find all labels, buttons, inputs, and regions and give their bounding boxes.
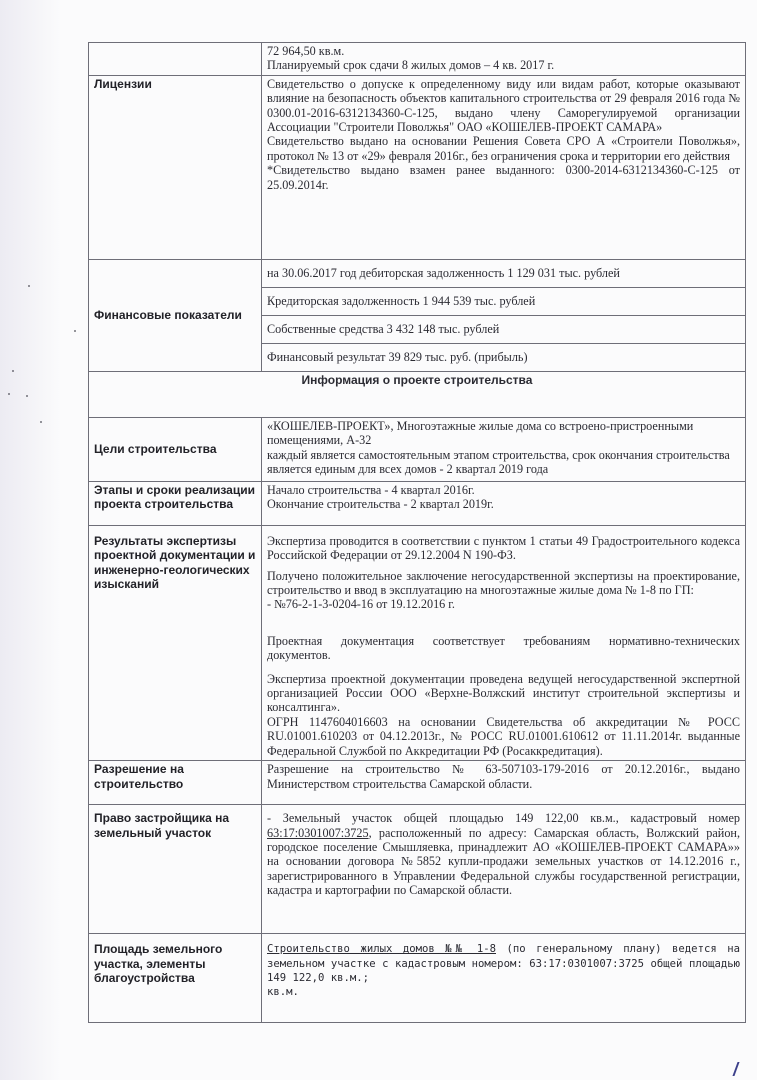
license-paragraph: *Свидетельство выдано взамен ранее выдан… [267,163,740,192]
row-label: Право застройщика на земельный участок [89,805,262,934]
expertise-paragraph: Экспертиза проводится в соответствии с п… [267,534,740,563]
expertise-paragraph: Получено положительное заключение негосу… [267,569,740,598]
completion-date: Планируемый срок сдачи 8 жилых домов – 4… [267,58,740,72]
row-label: Цели строительства [89,417,262,481]
row-financials: Финансовые показатели на 30.06.2017 год … [89,259,746,287]
row-value: Разрешение на строительство № 63-507103-… [262,761,746,805]
scan-edge-shadow [0,0,60,1080]
area-value: 72 964,50 кв.м. [267,44,740,58]
scan-speck [28,285,30,287]
row-expertise: Результаты экспертизы проектной документ… [89,525,746,760]
scan-speck [40,421,42,423]
row-label: Результаты экспертизы проектной документ… [89,525,262,760]
financial-item: Кредиторская задолженность 1 944 539 тыс… [262,287,746,315]
goal-line: каждый является самостоятельным этапом с… [267,448,740,477]
cadastral-number: 63:17:0301007:3725 [267,826,369,840]
stage-start: Начало строительства - 4 квартал 2016г. [267,483,740,497]
license-paragraph: Свидетельство о допуске к определенному … [267,77,740,135]
land-area-tail: кв.м. [267,985,740,999]
row-value: «КОШЕЛЕВ-ПРОЕКТ», Многоэтажные жилые дом… [262,417,746,481]
row-stages: Этапы и сроки реализации проекта строите… [89,481,746,525]
row-value: 72 964,50 кв.м. Планируемый срок сдачи 8… [262,43,746,76]
row-label [89,43,262,76]
expertise-conclusion-number: - №76-2-1-3-0204-16 от 19.12.2016 г. [267,597,740,611]
row-value: Экспертиза проводится в соответствии с п… [262,525,746,760]
license-paragraph: Свидетельство выдано на основании Решени… [267,134,740,163]
stage-end: Окончание строительства - 2 квартал 2019… [267,497,740,511]
land-area-text: Строительство жилых домов №№ 1-8 (по ген… [267,942,740,985]
scan-speck [12,370,14,372]
scan-speck [74,330,76,332]
row-value: Свидетельство о допуске к определенному … [262,75,746,259]
row-label: Финансовые показатели [89,259,262,371]
section-title: Информация о проекте строительства [89,371,746,417]
goal-line: «КОШЕЛЕВ-ПРОЕКТ», Многоэтажные жилые дом… [267,419,740,448]
scan-speck [26,395,28,397]
row-label: Разрешение на строительство [89,761,262,805]
financial-item: Финансовый результат 39 829 тыс. руб. (п… [262,343,746,371]
row-area-top: 72 964,50 кв.м. Планируемый срок сдачи 8… [89,43,746,76]
row-label: Лицензии [89,75,262,259]
financial-item: Собственные средства 3 432 148 тыс. рубл… [262,315,746,343]
row-label: Этапы и сроки реализации проекта строите… [89,481,262,525]
expertise-paragraph: Экспертиза проектной документации провед… [267,672,740,715]
row-goals: Цели строительства «КОШЕЛЕВ-ПРОЕКТ», Мно… [89,417,746,481]
expertise-paragraph: ОГРН 1147604016603 на основании Свидетел… [267,715,740,758]
financial-item: на 30.06.2017 год дебиторская задолженно… [262,259,746,287]
row-licenses: Лицензии Свидетельство о допуске к опред… [89,75,746,259]
expertise-paragraph: Проектная документация соответствует тре… [267,634,740,663]
row-value: Начало строительства - 4 квартал 2016г. … [262,481,746,525]
row-section-title: Информация о проекте строительства [89,371,746,417]
row-land-area: Площадь земельного участка, элементы бла… [89,934,746,1023]
row-value: - Земельный участок общей площадью 149 1… [262,805,746,934]
row-land-right: Право застройщика на земельный участок -… [89,805,746,934]
row-permit: Разрешение на строительство Разрешение н… [89,761,746,805]
row-label: Площадь земельного участка, элементы бла… [89,934,262,1023]
land-right-text: - Земельный участок общей площадью 149 1… [267,811,740,897]
row-value: Строительство жилых домов №№ 1-8 (по ген… [262,934,746,1023]
signature-mark [732,1062,753,1076]
scan-speck [8,393,10,395]
permit-text: Разрешение на строительство № 63-507103-… [267,762,740,791]
developer-info-table: 72 964,50 кв.м. Планируемый срок сдачи 8… [88,42,746,1023]
